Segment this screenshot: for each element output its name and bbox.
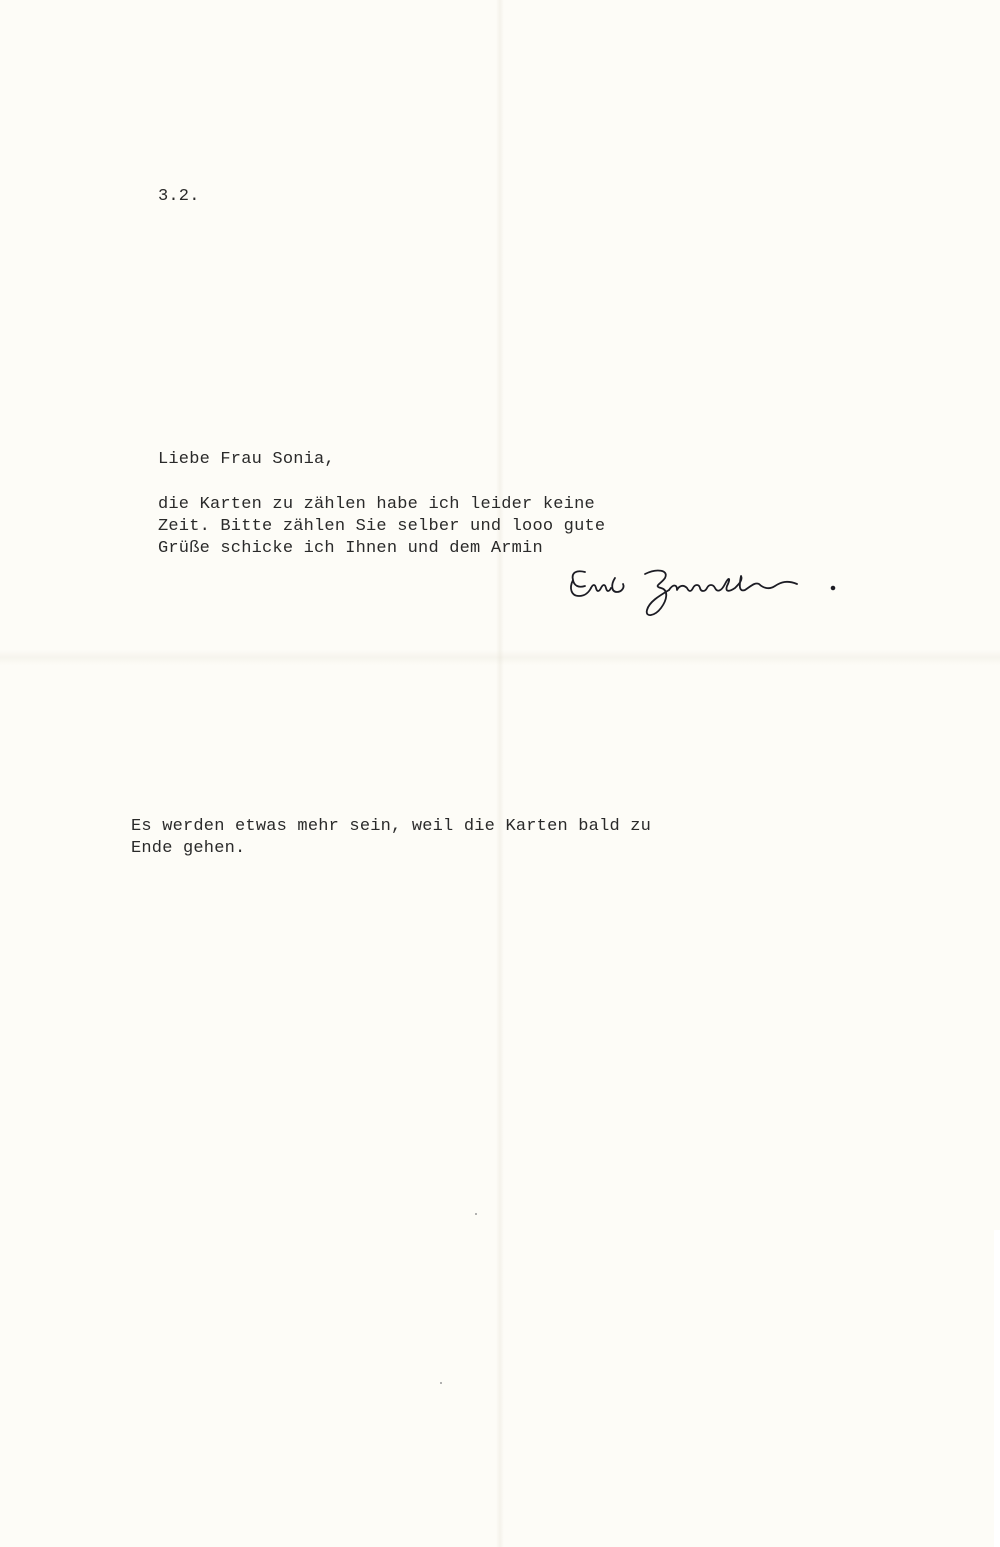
letter-body-line: Zeit. Bitte zählen Sie selber und looo g… bbox=[158, 516, 605, 538]
letter-paper bbox=[0, 0, 1000, 1547]
paper-speck bbox=[475, 1213, 477, 1215]
postscript-line: Es werden etwas mehr sein, weil die Kart… bbox=[131, 816, 651, 838]
paper-speck bbox=[440, 1382, 442, 1384]
postscript-line: Ende gehen. bbox=[131, 838, 245, 860]
signature bbox=[565, 562, 915, 622]
letter-body-line: Grüße schicke ich Ihnen und dem Armin bbox=[158, 538, 543, 560]
letter-date: 3.2. bbox=[158, 186, 200, 208]
paper-edge bbox=[994, 1230, 1000, 1547]
letter-body-line: die Karten zu zählen habe ich leider kei… bbox=[158, 494, 595, 516]
letter-salutation: Liebe Frau Sonia, bbox=[158, 449, 335, 471]
